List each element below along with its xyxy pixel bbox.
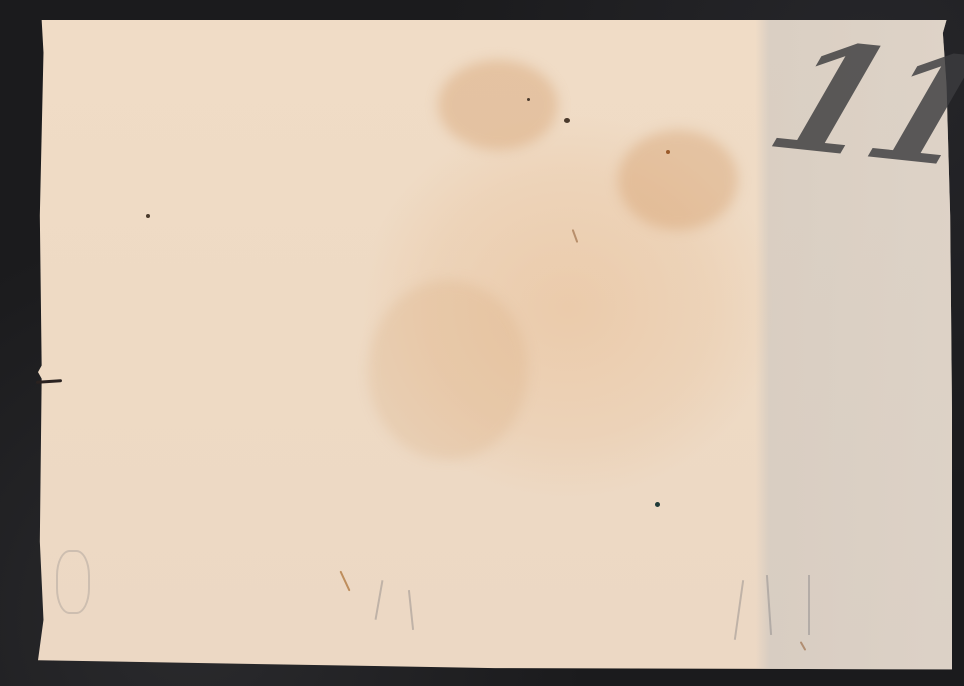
pencil-scribble	[56, 550, 90, 614]
fiber	[339, 571, 350, 592]
toning-stain	[618, 130, 738, 230]
speck	[564, 118, 570, 123]
speck	[655, 502, 660, 507]
pencil-scribble	[808, 575, 810, 635]
pencil-scribble	[734, 580, 744, 640]
speck	[527, 98, 530, 101]
toning-stain	[368, 280, 528, 460]
toning-stain	[438, 60, 558, 150]
speck	[666, 150, 670, 154]
fiber	[572, 229, 579, 243]
pencil-scribble	[408, 590, 414, 630]
pencil-scribble	[766, 575, 772, 635]
pencil-scribble	[375, 580, 384, 620]
fiber	[800, 641, 807, 651]
speck	[146, 214, 150, 218]
